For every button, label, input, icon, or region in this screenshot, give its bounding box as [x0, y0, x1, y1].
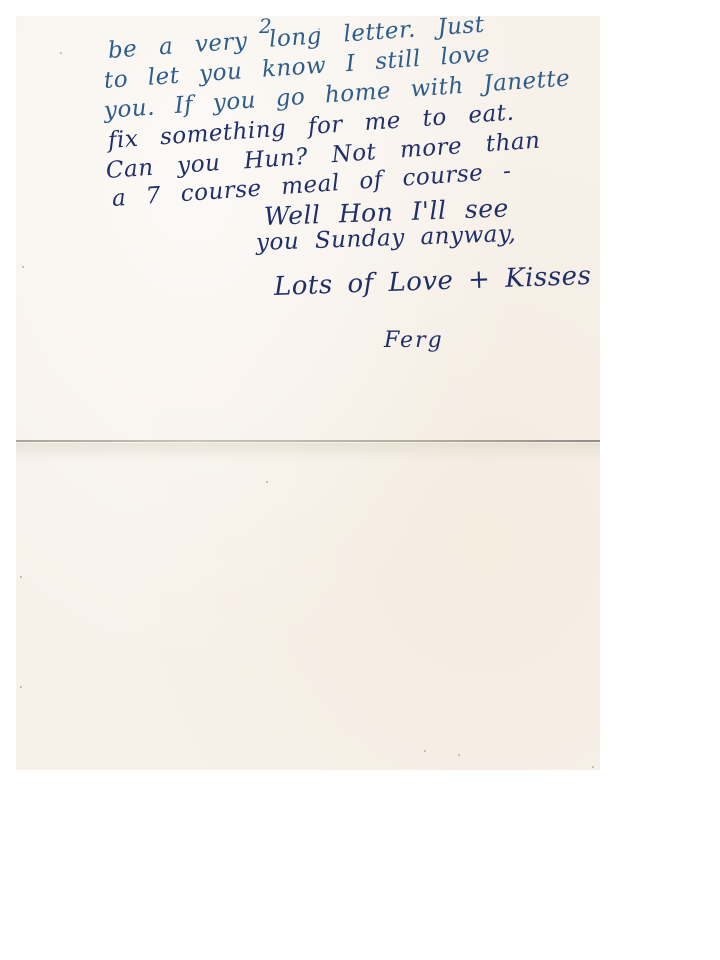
paper-speck [458, 754, 460, 756]
paper-speck [318, 28, 320, 30]
paper-speck [20, 576, 22, 578]
letter-page: 2 be a very long letter. Just to let you… [16, 16, 600, 770]
paper-speck [22, 266, 24, 268]
paper-speck [592, 766, 594, 768]
paper-fold-line [16, 440, 600, 442]
signature: Ferg [384, 328, 444, 353]
closing-line-3: Lots of Love + Kisses [273, 261, 591, 302]
paper-speck [20, 686, 22, 688]
paper-speck [60, 52, 62, 54]
paper-speck [424, 750, 426, 752]
paper-fold-shadow [16, 443, 600, 461]
paper-speck [266, 481, 268, 483]
